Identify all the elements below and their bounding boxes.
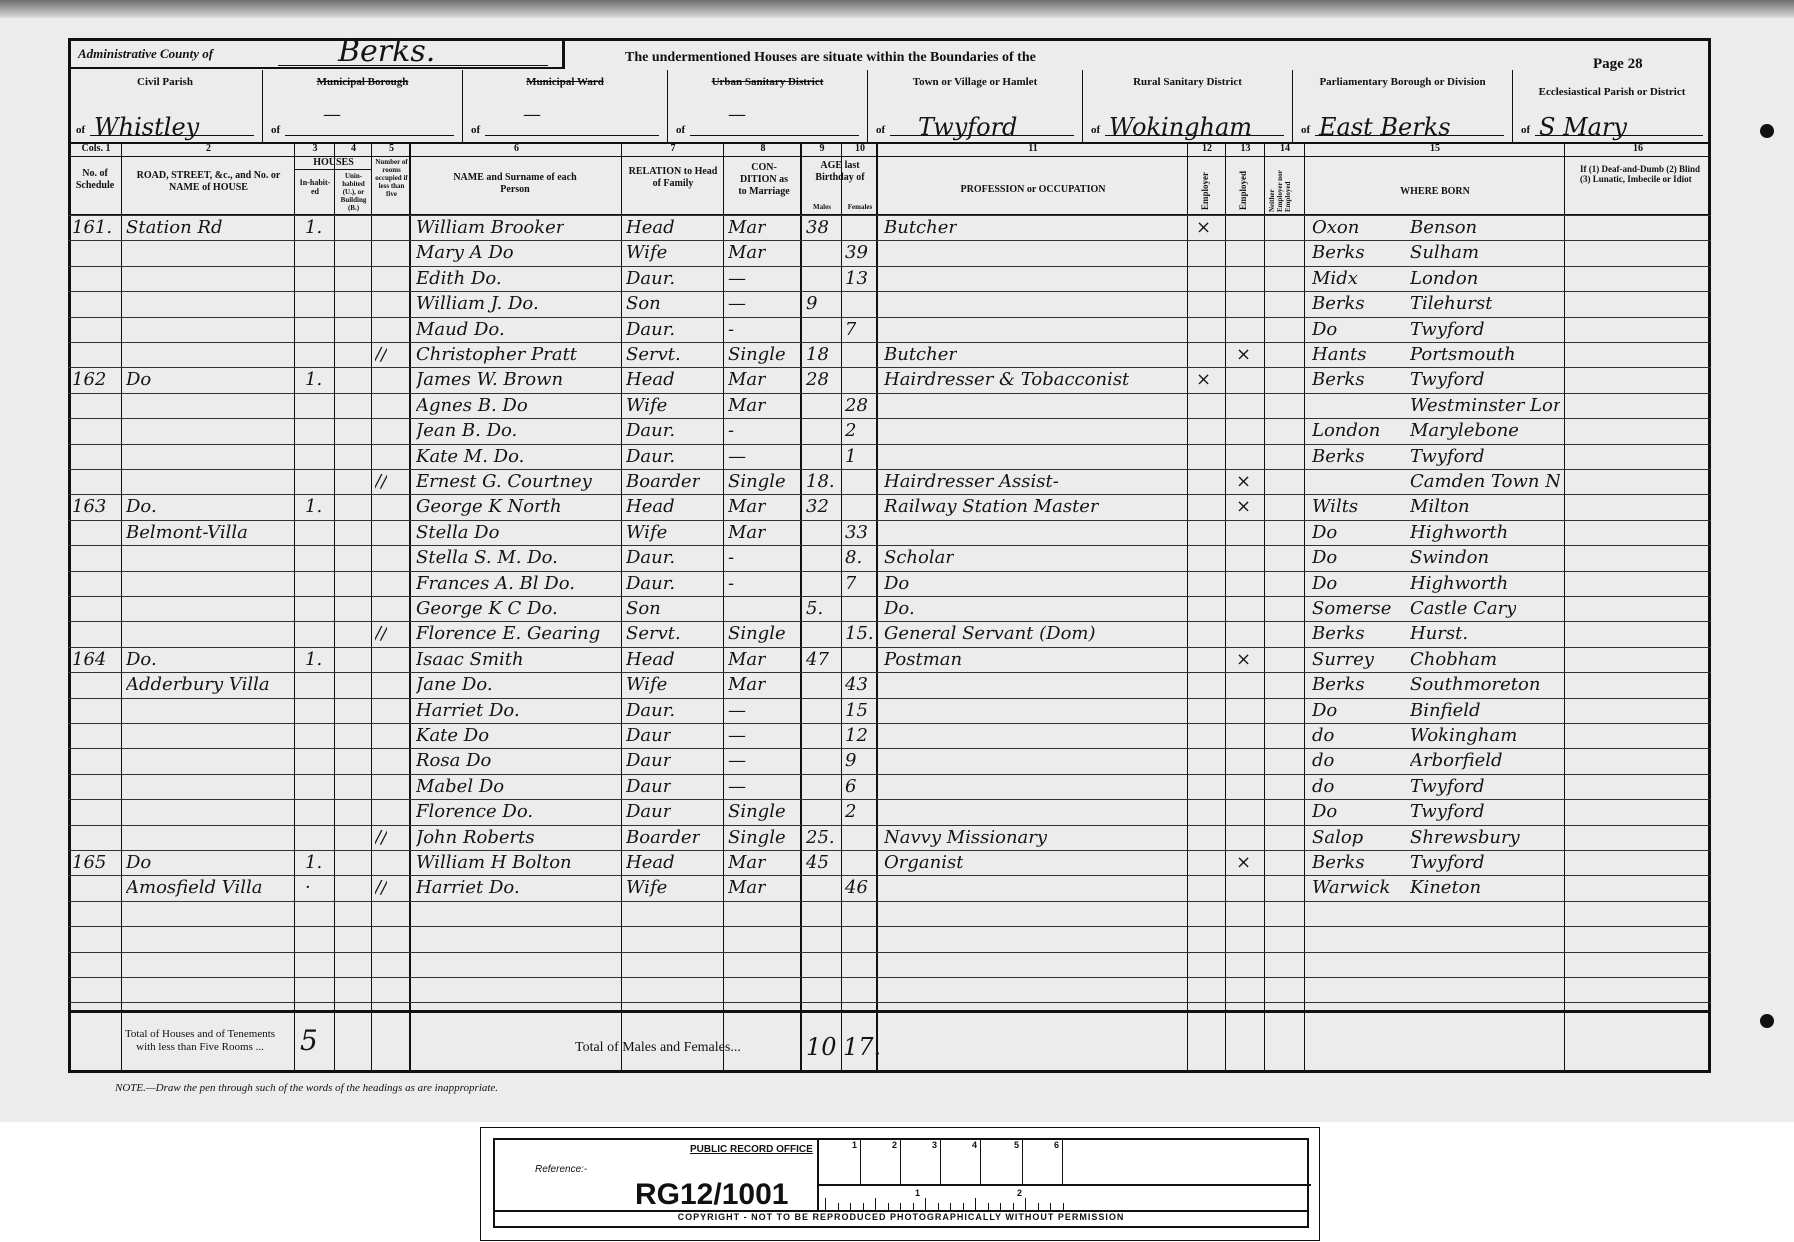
scale-label: 5 <box>981 1140 1023 1184</box>
office-title: PUBLIC RECORD OFFICE <box>690 1144 813 1155</box>
cell-relation: Daur <box>626 750 671 772</box>
area-of-label: of <box>676 124 685 136</box>
cell-condition: — <box>728 446 746 468</box>
area-value: Wokingham <box>1109 114 1252 140</box>
area-value: Twyford <box>918 114 1017 140</box>
cell-condition: Mar <box>728 242 766 264</box>
cell-born-place: Tilehurst <box>1410 293 1492 315</box>
cell-female-age: 13 <box>845 268 868 290</box>
scale-label: 2 <box>861 1140 901 1184</box>
cell-born-county: Do <box>1312 700 1337 722</box>
cell-name: Ernest G. Courtney <box>416 471 592 493</box>
cell-condition: Single <box>728 344 786 366</box>
cell-male-age: 25. <box>806 827 835 849</box>
punch-hole-icon <box>1760 1014 1774 1028</box>
cell-born-place: Arborfield <box>1410 750 1503 772</box>
cell-name: Harriet Do. <box>416 700 520 722</box>
cell-female-age: 2 <box>845 801 856 823</box>
cell-born-county: Warwick <box>1312 877 1390 899</box>
cell-condition: Mar <box>728 877 766 899</box>
scale-label: 2 <box>1017 1188 1022 1198</box>
cell-condition: - <box>728 319 734 341</box>
header-where-born: WHERE BORN <box>1305 186 1565 198</box>
cell-road: Do <box>126 369 151 391</box>
cell-schedule: 163 <box>72 496 106 518</box>
scale-label: 3 <box>901 1140 941 1184</box>
cell-schedule: 165 <box>72 852 106 874</box>
header-neither: Neither Employer nor Employed <box>1268 160 1300 212</box>
column-number: 4 <box>335 143 372 154</box>
header-schedule: No. of Schedule <box>70 168 120 192</box>
cell-schedule: 164 <box>72 649 106 671</box>
area-town-village: Town or Village or Hamlet of Twyford <box>868 70 1083 142</box>
cell-condition: - <box>728 547 734 569</box>
instruction-note: NOTE.—Draw the pen through such of the w… <box>115 1082 498 1094</box>
cell-born-county: Hants <box>1312 344 1367 366</box>
area-ecclesiastical-parish: Ecclesiastical Parish or District of S M… <box>1513 70 1711 142</box>
cell-born-place: Swindon <box>1410 547 1489 569</box>
cell-condition: Mar <box>728 852 766 874</box>
cell-relation: Boarder <box>626 827 700 849</box>
cell-born-county: do <box>1312 750 1334 772</box>
cell-female-age: 6 <box>845 776 856 798</box>
reference-label: Reference:- <box>535 1164 587 1175</box>
cell-male-age: 18. <box>806 471 835 493</box>
reference-inner-box: PUBLIC RECORD OFFICE Reference:- RG12/10… <box>493 1138 1309 1228</box>
cell-name: Agnes B. Do <box>416 395 528 417</box>
cell-born-place: London <box>1410 268 1478 290</box>
header-infirmity: If (1) Deaf-and-Dumb (2) Blind (3) Lunat… <box>1580 164 1706 184</box>
cell-name: William Brooker <box>416 217 564 239</box>
cell-inhabited: 1. <box>305 852 322 874</box>
cell-female-age: 43 <box>845 674 868 696</box>
males-total-value: 10 <box>806 1036 837 1058</box>
cell-born-county: Berks <box>1312 623 1365 645</box>
row-rule <box>68 952 1711 953</box>
cell-relation: Head <box>626 852 675 874</box>
cell-relation: Head <box>626 496 675 518</box>
cell-employed: × <box>1236 649 1251 671</box>
cell-rooms-mark: // <box>375 623 387 645</box>
area-value: Whistley <box>94 114 199 140</box>
area-of-label: of <box>1301 124 1310 136</box>
cell-road: Do. <box>126 649 157 671</box>
cell-relation: Daur <box>626 776 671 798</box>
county-label: Administrative County of <box>78 46 213 62</box>
cell-condition: — <box>728 268 746 290</box>
cell-relation: Boarder <box>626 471 700 493</box>
cell-relation: Wife <box>626 242 667 264</box>
cell-born-county: Do <box>1312 801 1337 823</box>
cell-road: Belmont-Villa <box>126 522 248 544</box>
cell-condition: Mar <box>728 395 766 417</box>
area-underline <box>285 135 454 136</box>
cell-name: Jane Do. <box>416 674 493 696</box>
cell-condition: Mar <box>728 674 766 696</box>
boundaries-heading: The undermentioned Houses are situate wi… <box>625 50 1036 66</box>
header-rooms: Number of rooms occupied if less than fi… <box>373 158 410 198</box>
cell-female-age: 12 <box>845 725 868 747</box>
county-value: Berks. <box>338 34 435 69</box>
cell-born-place: Binfield <box>1410 700 1481 722</box>
cell-relation: Daur. <box>626 268 675 290</box>
cell-condition: — <box>728 725 746 747</box>
cell-relation: Daur. <box>626 446 675 468</box>
cell-female-age: 46 <box>845 877 868 899</box>
cell-occupation: Railway Station Master <box>884 496 1099 518</box>
cell-relation: Head <box>626 217 675 239</box>
cell-name: Jean B. Do. <box>416 420 517 442</box>
header-inhabited: In-habit-ed <box>296 178 334 196</box>
area-municipal-borough: Municipal Borough of — <box>263 70 463 142</box>
area-of-label: of <box>471 124 480 136</box>
cell-born-county: London <box>1312 420 1380 442</box>
cell-relation: Daur. <box>626 700 675 722</box>
column-number: 12 <box>1188 143 1226 154</box>
cell-female-age: 7 <box>845 319 856 341</box>
column-number: 5 <box>372 143 411 154</box>
cell-inhabited: 1. <box>305 649 322 671</box>
cell-born-place: Castle Cary <box>1410 598 1516 620</box>
area-of-label: of <box>1521 124 1530 136</box>
cell-born-county: Wilts <box>1312 496 1358 518</box>
cell-occupation: Butcher <box>884 217 957 239</box>
cell-born-county: Do <box>1312 319 1337 341</box>
area-title: Rural Sanitary District <box>1083 76 1292 88</box>
cell-male-age: 28 <box>806 369 829 391</box>
cell-name: Frances A. Bl Do. <box>416 573 575 595</box>
header-age: AGE last Birthday of <box>802 160 878 184</box>
cell-name: Kate M. Do. <box>416 446 524 468</box>
cell-name: Edith Do. <box>416 268 502 290</box>
scale-label: 1 <box>819 1140 861 1184</box>
column-number: 6 <box>411 143 622 154</box>
header-males: Males <box>802 203 842 211</box>
area-title: Parliamentary Borough or Division <box>1293 76 1512 88</box>
cell-female-age: 1 <box>845 446 856 468</box>
column-number: 11 <box>878 143 1188 154</box>
cell-schedule: 162 <box>72 369 106 391</box>
row-rule <box>68 901 1711 902</box>
cell-relation: Head <box>626 649 675 671</box>
cell-inhabited: 1. <box>305 496 322 518</box>
cell-name: James W. Brown <box>416 369 563 391</box>
cell-condition: — <box>728 293 746 315</box>
area-title: Urban Sanitary District <box>668 76 867 88</box>
cell-born-county: Do <box>1312 573 1337 595</box>
area-title: Municipal Borough <box>263 76 462 88</box>
column-number: 3 <box>295 143 335 154</box>
cell-born-place: Southmoreton <box>1410 674 1540 696</box>
area-value: S Mary <box>1539 114 1627 140</box>
cell-name: Maud Do. <box>416 319 505 341</box>
column-number: 10 <box>842 143 878 154</box>
cell-male-age: 38 <box>806 217 829 239</box>
cell-female-age: 9 <box>845 750 856 772</box>
scale-label: 6 <box>1023 1140 1063 1184</box>
cell-occupation: Organist <box>884 852 963 874</box>
cell-born-place: Marylebone <box>1410 420 1519 442</box>
cell-born-county: Do <box>1312 522 1337 544</box>
cell-name: Florence Do. <box>416 801 533 823</box>
cell-born-place: Twyford <box>1410 319 1485 341</box>
cell-inhabited: · <box>305 877 311 899</box>
area-title: Ecclesiastical Parish or District <box>1513 86 1711 98</box>
cell-born-county: Do <box>1312 547 1337 569</box>
cell-born-county: Berks <box>1312 369 1365 391</box>
cell-born-county: Midx <box>1312 268 1358 290</box>
cell-rooms-mark: // <box>375 471 387 493</box>
cell-name: William H Bolton <box>416 852 572 874</box>
cell-employed: × <box>1236 344 1251 366</box>
cell-born-place: Twyford <box>1410 446 1485 468</box>
cell-female-age: 2 <box>845 420 856 442</box>
cell-occupation: Scholar <box>884 547 954 569</box>
cell-born-county: Berks <box>1312 674 1365 696</box>
area-value: East Berks <box>1319 114 1451 140</box>
cell-condition: Mar <box>728 496 766 518</box>
cell-name: Mabel Do <box>416 776 504 798</box>
cell-born-place: Twyford <box>1410 852 1485 874</box>
cell-born-county: Berks <box>1312 852 1365 874</box>
header-relation: RELATION to Head of Family <box>624 166 722 190</box>
measurement-scale: 1 2 3 4 5 6 1 2 <box>817 1140 1311 1212</box>
cell-condition: Mar <box>728 522 766 544</box>
column-number: 16 <box>1565 143 1711 154</box>
column-number: 9 <box>802 143 842 154</box>
cell-relation: Daur. <box>626 573 675 595</box>
cell-born-place: Kineton <box>1410 877 1481 899</box>
cell-inhabited: 1. <box>305 369 322 391</box>
cell-name: George K North <box>416 496 562 518</box>
cell-relation: Daur. <box>626 547 675 569</box>
cell-born-place: Milton <box>1410 496 1470 518</box>
cell-condition: Single <box>728 623 786 645</box>
persons-total-label: Total of Males and Females... <box>575 1040 741 1056</box>
area-of-label: of <box>876 124 885 136</box>
cell-relation: Wife <box>626 395 667 417</box>
cell-born-place: Chobham <box>1410 649 1497 671</box>
cell-occupation: General Servant (Dom) <box>884 623 1096 645</box>
cell-name: Kate Do <box>416 725 489 747</box>
area-value: — <box>323 102 341 128</box>
cell-relation: Daur. <box>626 319 675 341</box>
punch-hole-icon <box>1760 124 1774 138</box>
cell-occupation: Hairdresser Assist- <box>884 471 1059 493</box>
cell-male-age: 45 <box>806 852 829 874</box>
cell-relation: Head <box>626 369 675 391</box>
area-value: — <box>728 102 746 128</box>
females-total-value: 17. <box>843 1036 881 1058</box>
cell-condition: — <box>728 700 746 722</box>
cell-name: Mary A Do <box>416 242 514 264</box>
county-box: Administrative County of Berks. <box>68 38 565 69</box>
cell-female-age: 15. <box>845 623 874 645</box>
row-rule <box>68 1002 1711 1003</box>
header-name: NAME and Surname of each Person <box>440 172 590 196</box>
cell-name: George K C Do. <box>416 598 558 620</box>
area-of-label: of <box>271 124 280 136</box>
totals-rule <box>68 1010 1711 1013</box>
cell-female-age: 39 <box>845 242 868 264</box>
cell-born-county: do <box>1312 776 1334 798</box>
cell-female-age: 28 <box>845 395 868 417</box>
cell-male-age: 9 <box>806 293 817 315</box>
cell-road: Do. <box>126 496 157 518</box>
cell-condition: Mar <box>728 649 766 671</box>
area-underline <box>690 135 859 136</box>
area-underline <box>485 135 659 136</box>
cell-relation: Daur <box>626 725 671 747</box>
area-municipal-ward: Municipal Ward of — <box>463 70 668 142</box>
cell-born-place: Westminster London <box>1410 395 1560 417</box>
cell-employer: × <box>1196 217 1211 239</box>
cell-born-place: Shrewsbury <box>1410 827 1520 849</box>
cell-born-place: Wokingham <box>1410 725 1517 747</box>
cell-condition: Mar <box>728 217 766 239</box>
cell-male-age: 32 <box>806 496 829 518</box>
cell-relation: Daur <box>626 801 671 823</box>
area-header-row: Civil Parish of Whistley Municipal Borou… <box>68 70 1711 144</box>
cell-condition: - <box>728 573 734 595</box>
row-rule <box>68 926 1711 927</box>
cell-occupation: Navvy Missionary <box>884 827 1047 849</box>
cell-road: Adderbury Villa <box>126 674 270 696</box>
copyright-notice: COPYRIGHT - NOT TO BE REPRODUCED PHOTOGR… <box>495 1210 1307 1226</box>
cell-relation: Wife <box>626 522 667 544</box>
cell-rooms-mark: // <box>375 344 387 366</box>
header-houses: HOUSES <box>295 157 372 170</box>
cell-relation: Wife <box>626 877 667 899</box>
cell-name: Florence E. Gearing <box>416 623 600 645</box>
cell-born-place: Twyford <box>1410 369 1485 391</box>
header-uninhabited: Unin-habited (U.), or Building (B.) <box>336 172 371 212</box>
cell-female-age: 8. <box>845 547 862 569</box>
cell-name: Harriet Do. <box>416 877 520 899</box>
cell-female-age: 15 <box>845 700 868 722</box>
area-title: Town or Village or Hamlet <box>868 76 1082 88</box>
scan-edge-shadow <box>0 0 1794 18</box>
header-employed: Employed <box>1238 165 1248 210</box>
cell-born-place: Camden Town N.W. <box>1410 471 1560 493</box>
cell-road: Amosfield Villa <box>126 877 263 899</box>
cell-born-county: Berks <box>1312 242 1365 264</box>
cell-born-place: Sulham <box>1410 242 1479 264</box>
row-rule <box>68 977 1711 978</box>
cell-occupation: Do <box>884 573 909 595</box>
cell-born-county: Oxon <box>1312 217 1359 239</box>
cell-born-place: Hurst. <box>1410 623 1468 645</box>
cell-male-age: 18 <box>806 344 829 366</box>
cell-female-age: 33 <box>845 522 868 544</box>
cell-born-county: Salop <box>1312 827 1363 849</box>
cell-occupation: Postman <box>884 649 962 671</box>
cell-born-county: Berks <box>1312 446 1365 468</box>
cell-male-age: 47 <box>806 649 829 671</box>
column-number: 13 <box>1226 143 1265 154</box>
cell-female-age: 7 <box>845 573 856 595</box>
cell-name: Christopher Pratt <box>416 344 577 366</box>
header-females: Females <box>842 203 878 211</box>
scale-label: 1 <box>915 1188 920 1198</box>
header-occupation: PROFESSION or OCCUPATION <box>878 184 1188 196</box>
cell-born-county: do <box>1312 725 1334 747</box>
column-number: 14 <box>1265 143 1305 154</box>
cell-condition: Single <box>728 471 786 493</box>
cell-condition: — <box>728 776 746 798</box>
cell-relation: Wife <box>626 674 667 696</box>
cell-employer: × <box>1196 369 1211 391</box>
cell-name: Stella S. M. Do. <box>416 547 558 569</box>
cell-relation: Son <box>626 598 661 620</box>
cell-employed: × <box>1236 852 1251 874</box>
cell-rooms-mark: // <box>375 827 387 849</box>
cell-rooms-mark: // <box>375 877 387 899</box>
cell-relation: Servt. <box>626 623 681 645</box>
cell-male-age: 5. <box>806 598 823 620</box>
cell-relation: Daur. <box>626 420 675 442</box>
cell-inhabited: 1. <box>305 217 322 239</box>
cell-condition: Single <box>728 827 786 849</box>
census-sheet: Administrative County of Berks. The unde… <box>0 0 1794 1122</box>
cell-name: Isaac Smith <box>416 649 524 671</box>
reference-code: RG12/1001 <box>635 1178 788 1212</box>
cell-occupation: Hairdresser & Tobacconist <box>884 369 1129 391</box>
houses-total-value: 5 <box>300 1030 318 1052</box>
area-parliamentary-division: Parliamentary Borough or Division of Eas… <box>1293 70 1513 142</box>
cell-condition: — <box>728 750 746 772</box>
column-number: 2 <box>122 143 295 154</box>
cell-employed: × <box>1236 496 1251 518</box>
area-of-label: of <box>1091 124 1100 136</box>
cell-occupation: Butcher <box>884 344 957 366</box>
column-number: 7 <box>622 143 724 154</box>
cell-name: Stella Do <box>416 522 499 544</box>
area-rural-sanitary-district: Rural Sanitary District of Wokingham <box>1083 70 1293 142</box>
cell-born-county: Surrey <box>1312 649 1374 671</box>
cell-born-place: Twyford <box>1410 801 1485 823</box>
area-urban-sanitary-district: Urban Sanitary District of — <box>668 70 868 142</box>
area-of-label: of <box>76 124 85 136</box>
cell-name: Rosa Do <box>416 750 491 772</box>
cell-born-place: Benson <box>1410 217 1477 239</box>
cell-condition: Mar <box>728 369 766 391</box>
cell-road: Station Rd <box>126 217 223 239</box>
cell-born-place: Highworth <box>1410 522 1508 544</box>
cell-relation: Son <box>626 293 661 315</box>
cell-born-place: Twyford <box>1410 776 1485 798</box>
area-civil-parish: Civil Parish of Whistley <box>68 70 263 142</box>
scale-top: 1 2 3 4 5 6 <box>819 1140 1311 1186</box>
cell-occupation: Do. <box>884 598 915 620</box>
header-condition: CON-DITION as to Marriage <box>738 162 790 198</box>
cell-born-place: Portsmouth <box>1410 344 1516 366</box>
cell-road: Do <box>126 852 151 874</box>
cell-schedule: 161. <box>72 217 112 239</box>
cell-born-county: Somerset <box>1312 598 1392 620</box>
cell-name: John Roberts <box>416 827 535 849</box>
cell-born-place: Highworth <box>1410 573 1508 595</box>
cell-condition: - <box>728 420 734 442</box>
column-number: 8 <box>724 143 802 154</box>
houses-total-label: Total of Houses and of Tenements with le… <box>120 1028 280 1054</box>
cell-born-county: Berks <box>1312 293 1365 315</box>
reference-strip: PUBLIC RECORD OFFICE Reference:- RG12/10… <box>480 1127 1320 1241</box>
column-number: Cols. 1 <box>70 143 122 154</box>
cell-condition: Single <box>728 801 786 823</box>
column-number: 15 <box>1305 143 1565 154</box>
cell-employed: × <box>1236 471 1251 493</box>
